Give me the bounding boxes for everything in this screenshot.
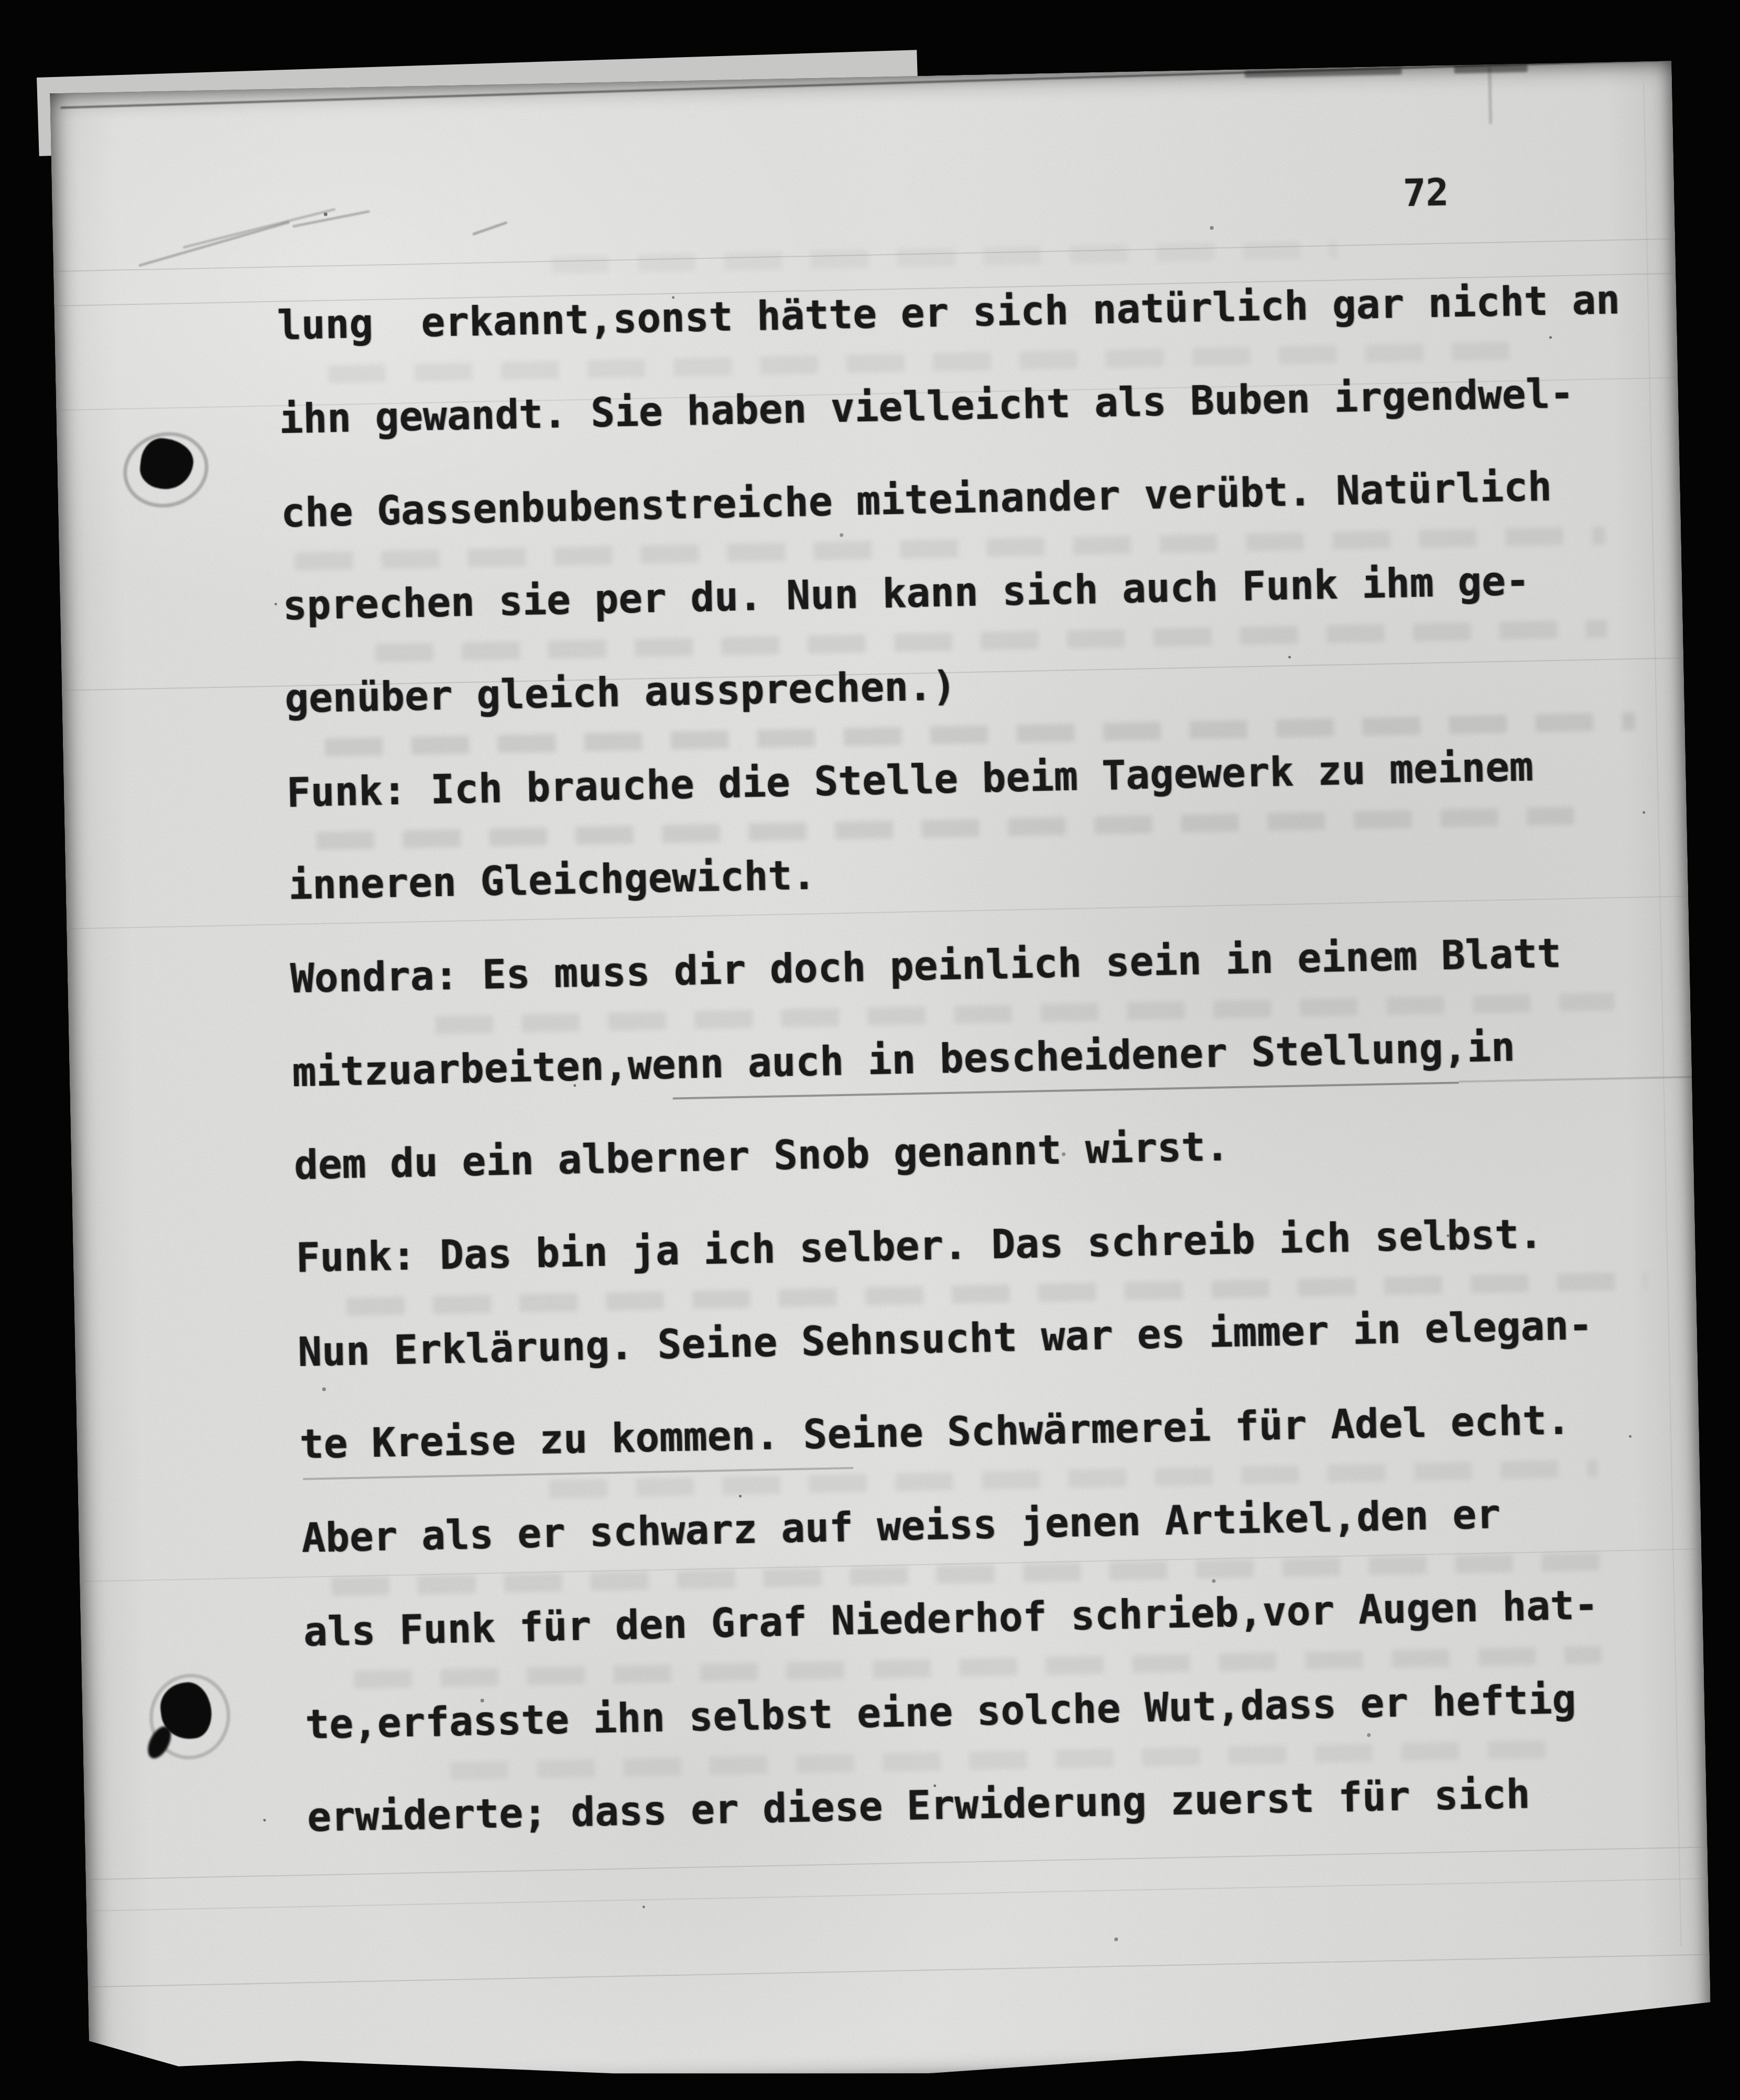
typed-line: Wondra: Es muss dir doch peinlich sein i… <box>290 929 1562 1010</box>
typed-line: ihn gewandt. Sie haben vielleicht als Bu… <box>279 370 1574 451</box>
typed-line: erwiderte; dass er diese Erwiderung zuer… <box>307 1770 1530 1849</box>
typed-line: Funk: Das bin ja ich selber. Das schreib… <box>296 1210 1543 1289</box>
typed-line: dem du ein alberner Snob genannt wirst. <box>293 1123 1230 1196</box>
typed-line: sprechen sie per du. Nun kann sich auch … <box>282 557 1530 637</box>
typed-text-block: lung erkannt,sonst hätte er sich natürli… <box>50 61 1712 2094</box>
typed-line: Funk: Ich brauche die Stelle beim Tagewe… <box>286 743 1534 824</box>
typed-line: genüber gleich aussprechen.) <box>284 662 956 730</box>
typed-line: Aber als er schwarz auf weiss jenen Arti… <box>301 1491 1501 1569</box>
typed-line: mitzuarbeiten,wenn auch in bescheidener … <box>292 1023 1516 1103</box>
typed-line: inneren Gleichgewicht. <box>288 851 817 916</box>
scanned-page: 72 lung erkannt,sonst hätte er sich natü… <box>50 61 1712 2094</box>
typed-line: che Gassenbubenstreiche miteinander verü… <box>280 463 1552 544</box>
typed-line: lung erkannt,sonst hätte er sich natürli… <box>277 276 1621 356</box>
typed-line: als Funk für den Graf Niederhof schrieb,… <box>303 1581 1598 1663</box>
typed-line: te Kreise zu kommen. Seine Schwärmerei f… <box>299 1396 1571 1475</box>
scan-background: 72 lung erkannt,sonst hätte er sich natü… <box>0 0 1740 2100</box>
typed-line: te,erfasste ihn selbst eine solche Wut,d… <box>305 1676 1577 1756</box>
typed-line: Nun Erklärung. Seine Sehnsucht war es im… <box>297 1301 1593 1383</box>
